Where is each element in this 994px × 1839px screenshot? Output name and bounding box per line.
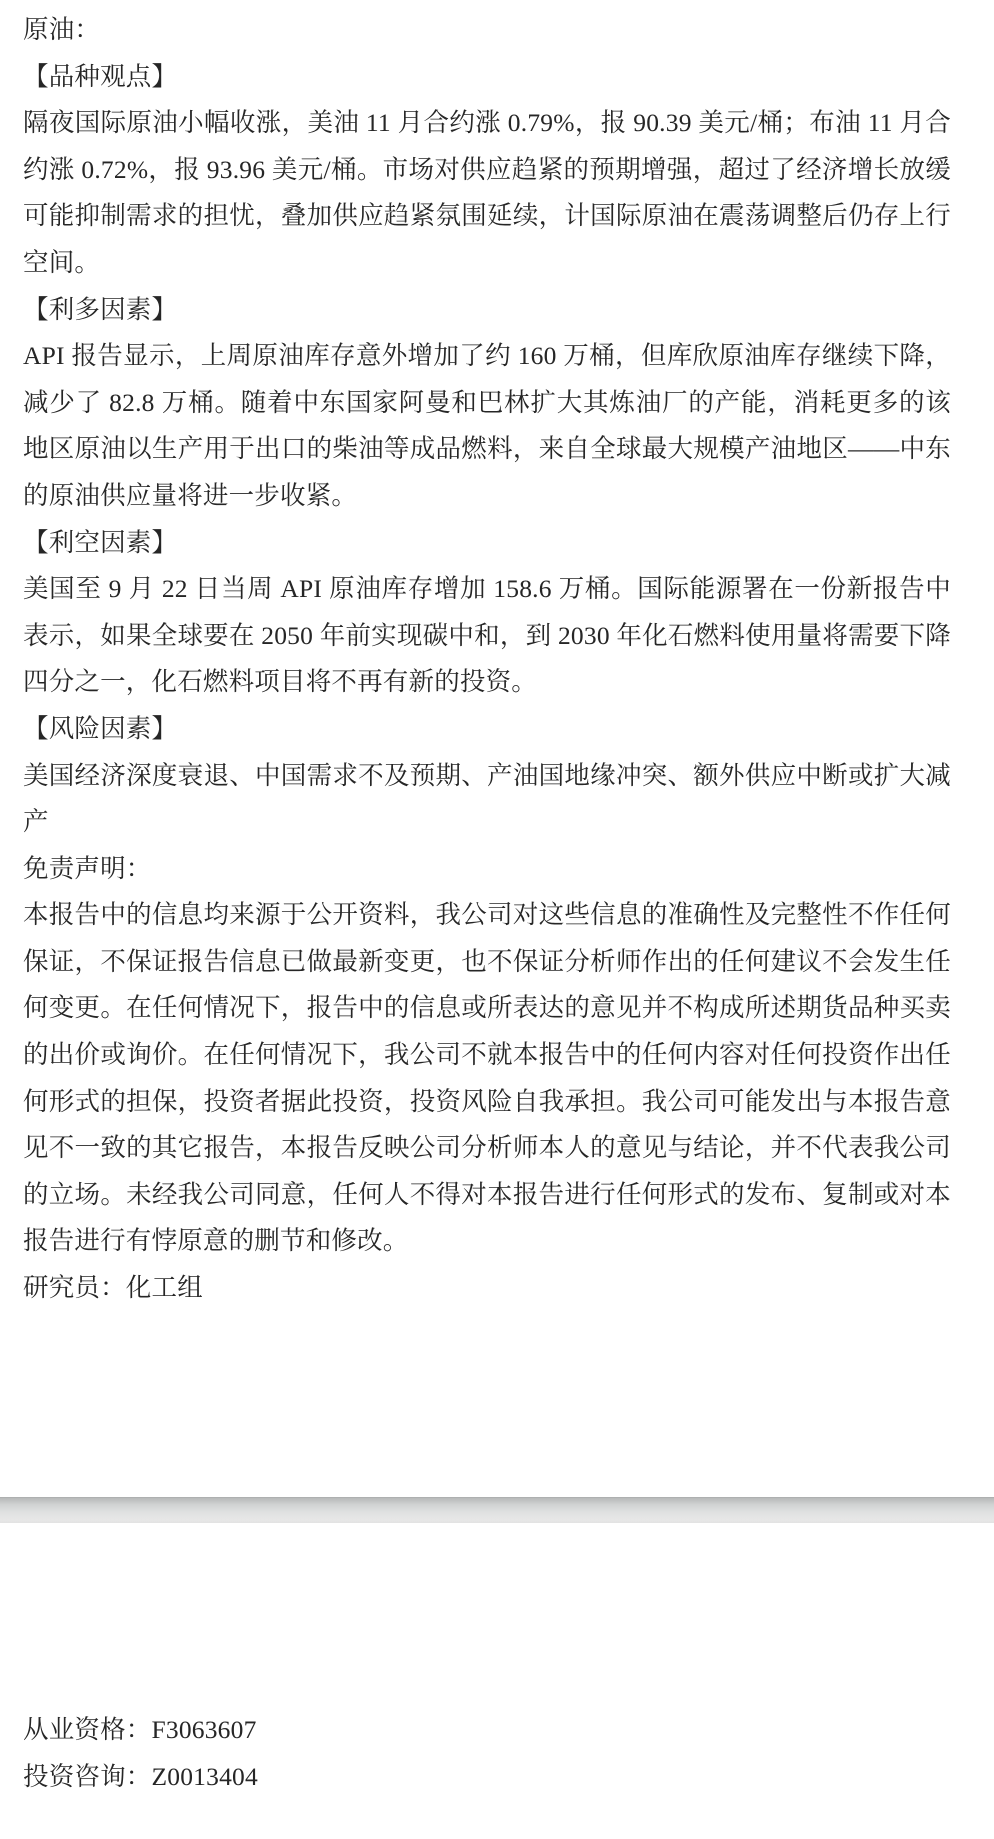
section-body-risk: 美国经济深度衰退、中国需求不及预期、产油国地缘冲突、额外供应中断或扩大减产 — [23, 753, 951, 846]
section-body-bullish: API 报告显示，上周原油库存意外增加了约 160 万桶，但库欣原油库存继续下降… — [23, 333, 951, 519]
disclaimer-heading: 免责声明： — [23, 846, 951, 893]
report-content: 原油： 【品种观点】 隔夜国际原油小幅收涨，美油 11 月合约涨 0.79%，报… — [23, 7, 951, 1312]
credentials-block: 从业资格：F3063607 投资咨询：Z0013404 — [23, 1707, 951, 1800]
section-body-viewpoint: 隔夜国际原油小幅收涨，美油 11 月合约涨 0.79%，报 90.39 美元/桶… — [23, 100, 951, 286]
section-heading-bullish: 【利多因素】 — [23, 287, 951, 334]
page-break-divider — [0, 1497, 994, 1523]
researcher-line: 研究员：化工组 — [23, 1265, 951, 1312]
advisory-certificate-line: 投资咨询：Z0013404 — [23, 1754, 951, 1801]
section-heading-viewpoint: 【品种观点】 — [23, 54, 951, 101]
disclaimer-body: 本报告中的信息均来源于公开资料，我公司对这些信息的准确性及完整性不作任何保证，不… — [23, 892, 951, 1265]
section-heading-risk: 【风险因素】 — [23, 706, 951, 753]
practice-certificate-line: 从业资格：F3063607 — [23, 1707, 951, 1754]
report-title: 原油： — [23, 7, 951, 54]
section-body-bearish: 美国至 9 月 22 日当周 API 原油库存增加 158.6 万桶。国际能源署… — [23, 566, 951, 706]
section-heading-bearish: 【利空因素】 — [23, 520, 951, 567]
